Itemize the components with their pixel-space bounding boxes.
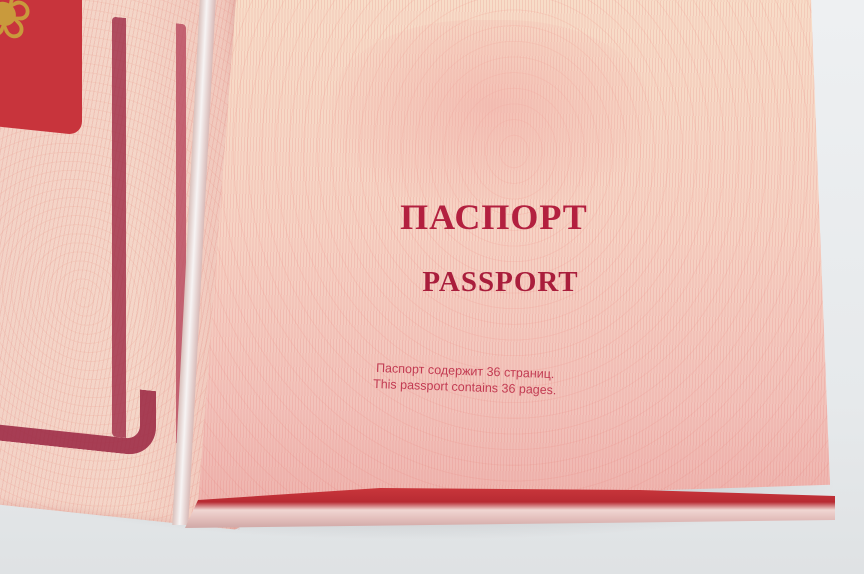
watermark-eagle-icon <box>330 20 650 210</box>
gold-eagle-icon: ❀ <box>0 0 34 65</box>
red-emblem-panel: ❀ <box>0 0 82 135</box>
ornamental-border <box>112 17 186 445</box>
title-english: PASSPORT <box>378 266 623 299</box>
title-russian: ПАСПОРТ <box>344 196 644 238</box>
